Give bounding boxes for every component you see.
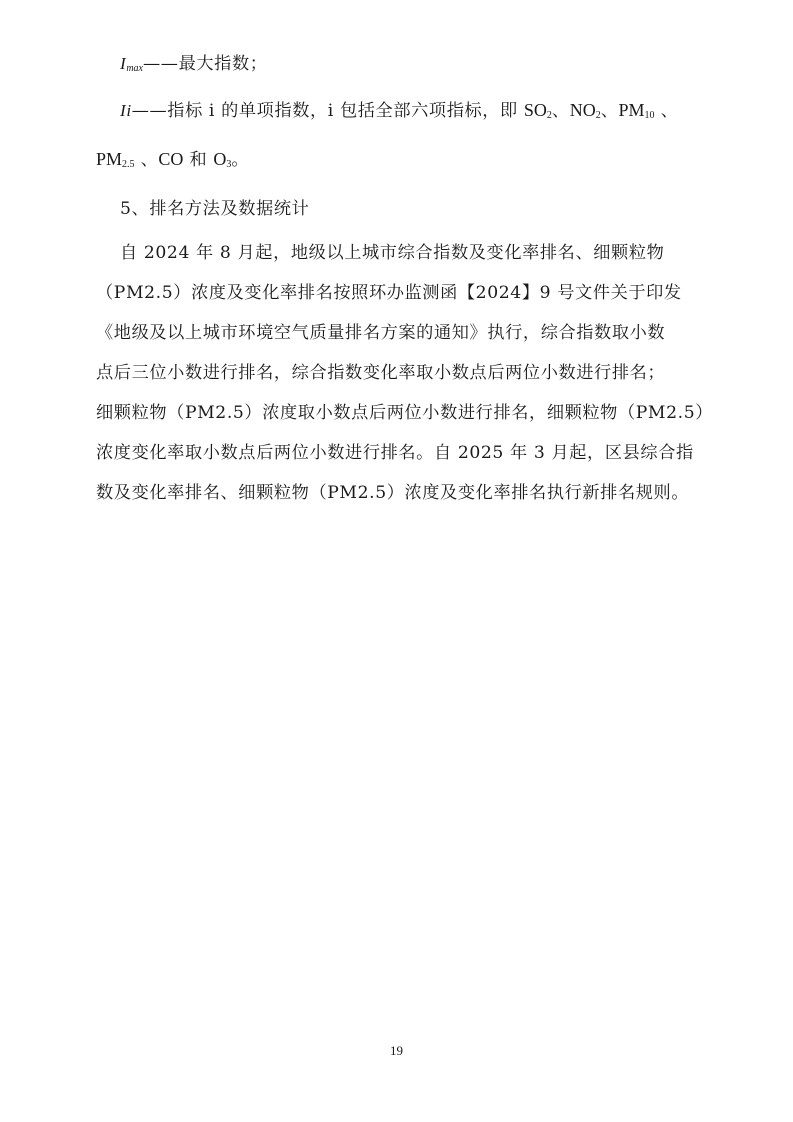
- section-heading: 5、排名方法及数据统计: [120, 199, 309, 219]
- symbol-sub-max: max: [126, 63, 143, 74]
- symbol-ii: Ii: [120, 101, 132, 120]
- pollutant-o3: O3: [213, 149, 231, 169]
- definition-text: 最大指数；: [179, 54, 268, 74]
- paragraph-line: 细颗粒物（PM2.5）浓度取小数点后两位小数进行排名，细颗粒物（PM2.5）: [96, 403, 713, 423]
- page-number: 19: [0, 1043, 793, 1059]
- pollutant-pm10: PM10: [619, 100, 655, 120]
- paragraph-line: 自 2024 年 8 月起，地级以上城市综合指数及变化率排名、细颗粒物: [120, 243, 664, 263]
- pollutant-pm25: PM2.5: [96, 149, 135, 169]
- pollutant-so2: SO2: [524, 100, 552, 120]
- paragraph-line: 数及变化率排名、细颗粒物（PM2.5）浓度及变化率排名执行新排名规则。: [96, 483, 689, 503]
- pollutant-co: CO: [158, 149, 183, 169]
- definition-ii: Ii——指标 i 的单项指数，i 包括全部六项指标，即 SO2、NO2、PM10…: [120, 100, 678, 126]
- dash: ——: [132, 101, 168, 121]
- paragraph-line: 点后三位小数进行排名，综合指数变化率取小数点后两位小数进行排名；: [96, 363, 665, 383]
- paragraph-line: 《地级及以上城市环境空气质量排名方案的通知》执行，综合指数取小数: [96, 323, 665, 343]
- definition-imax: Imax——最大指数；: [120, 54, 268, 79]
- definition-ii-continued: PM2.5 、CO 和 O3。: [96, 149, 249, 175]
- pollutant-no2: NO2: [570, 100, 601, 120]
- dash: ——: [143, 54, 179, 74]
- paragraph-line: 浓度变化率取小数点后两位小数进行排名。自 2025 年 3 月起，区县综合指: [96, 443, 694, 463]
- definition-text: 指标 i 的单项指数，i 包括全部六项指标，即: [167, 101, 524, 121]
- paragraph-line: （PM2.5）浓度及变化率排名按照环办监测函【2024】9 号文件关于印发: [96, 283, 682, 303]
